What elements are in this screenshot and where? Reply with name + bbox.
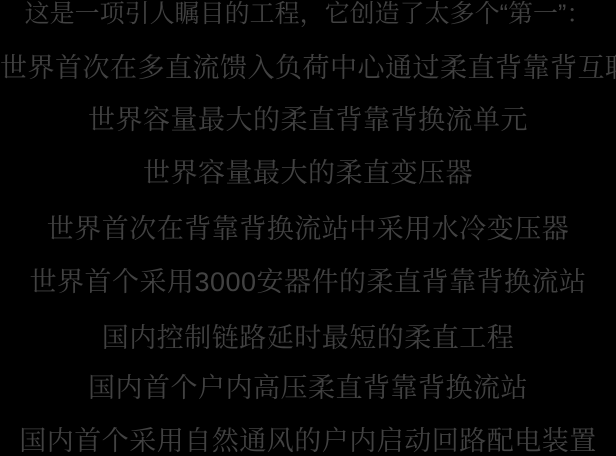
achievement-line: 世界首次在多直流馈入负荷中心通过柔直背靠背互联: [0, 53, 616, 83]
achievement-line: 世界首次在背靠背换流站中采用水冷变压器: [0, 214, 616, 244]
slide-canvas: 这是一项引人瞩目的工程，它创造了太多个“第一”： 世界首次在多直流馈入负荷中心通…: [0, 0, 616, 456]
headline: 这是一项引人瞩目的工程，它创造了太多个“第一”：: [0, 1, 616, 27]
achievement-line: 国内首个户内高压柔直背靠背换流站: [0, 373, 616, 403]
achievement-line: 世界首个采用3000安器件的柔直背靠背换流站: [0, 267, 616, 297]
achievement-line: 世界容量最大的柔直变压器: [0, 158, 616, 188]
achievement-line: 世界容量最大的柔直背靠背换流单元: [0, 105, 616, 135]
achievement-line: 国内控制链路延时最短的柔直工程: [0, 323, 616, 353]
achievement-line: 国内首个采用自然通风的户内启动回路配电装置: [0, 426, 616, 456]
